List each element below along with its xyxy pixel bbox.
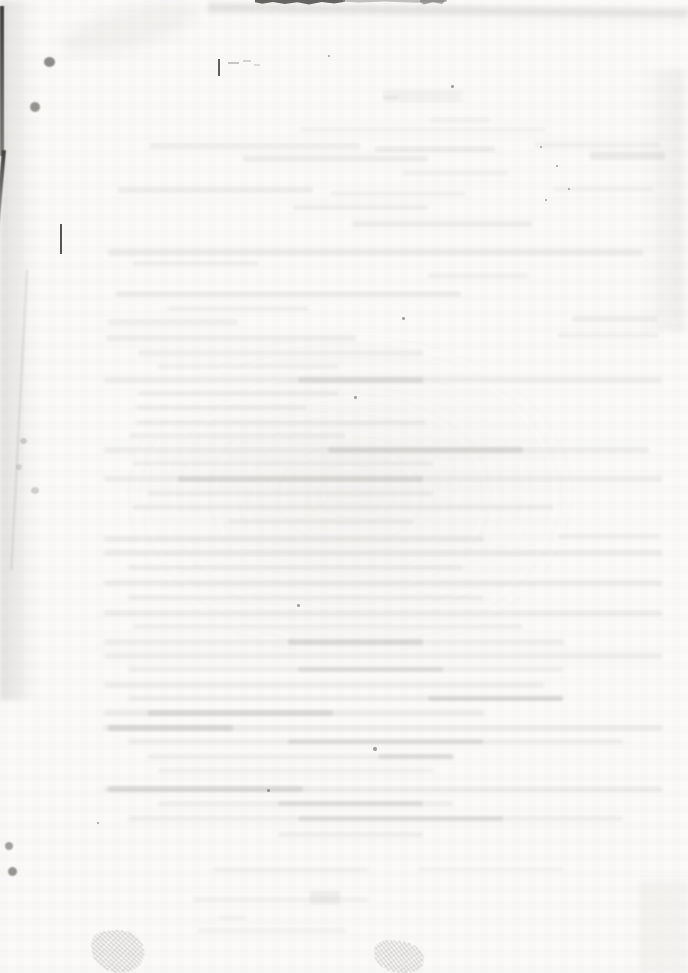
punch-hole-mark [16,464,22,470]
dirt-speck [540,146,542,148]
dirt-speck [556,165,558,167]
dirt-speck [402,317,405,320]
pencil-smudge [373,939,425,973]
punch-hole-mark [44,57,55,67]
punch-hole-mark [5,842,13,850]
pen-stroke [60,224,62,254]
dirt-speck [267,789,270,792]
dirt-speck [545,199,547,201]
pen-stroke [243,60,251,62]
dirt-speck [451,85,454,88]
scanned-page [0,0,688,973]
punch-hole-mark [30,102,40,112]
dirt-speck [297,604,300,607]
artifact-layer [0,0,688,973]
dirt-speck [328,55,330,57]
punch-hole-mark [31,487,39,494]
punch-hole-mark [8,867,17,876]
dirt-speck [568,188,570,190]
punch-hole-mark [20,438,27,444]
pen-stroke [254,64,260,66]
dirt-speck [354,396,357,399]
pen-stroke [218,59,220,76]
dirt-speck [97,822,99,824]
pencil-smudge [90,927,146,973]
pen-stroke [228,62,239,64]
dirt-speck [373,747,377,751]
